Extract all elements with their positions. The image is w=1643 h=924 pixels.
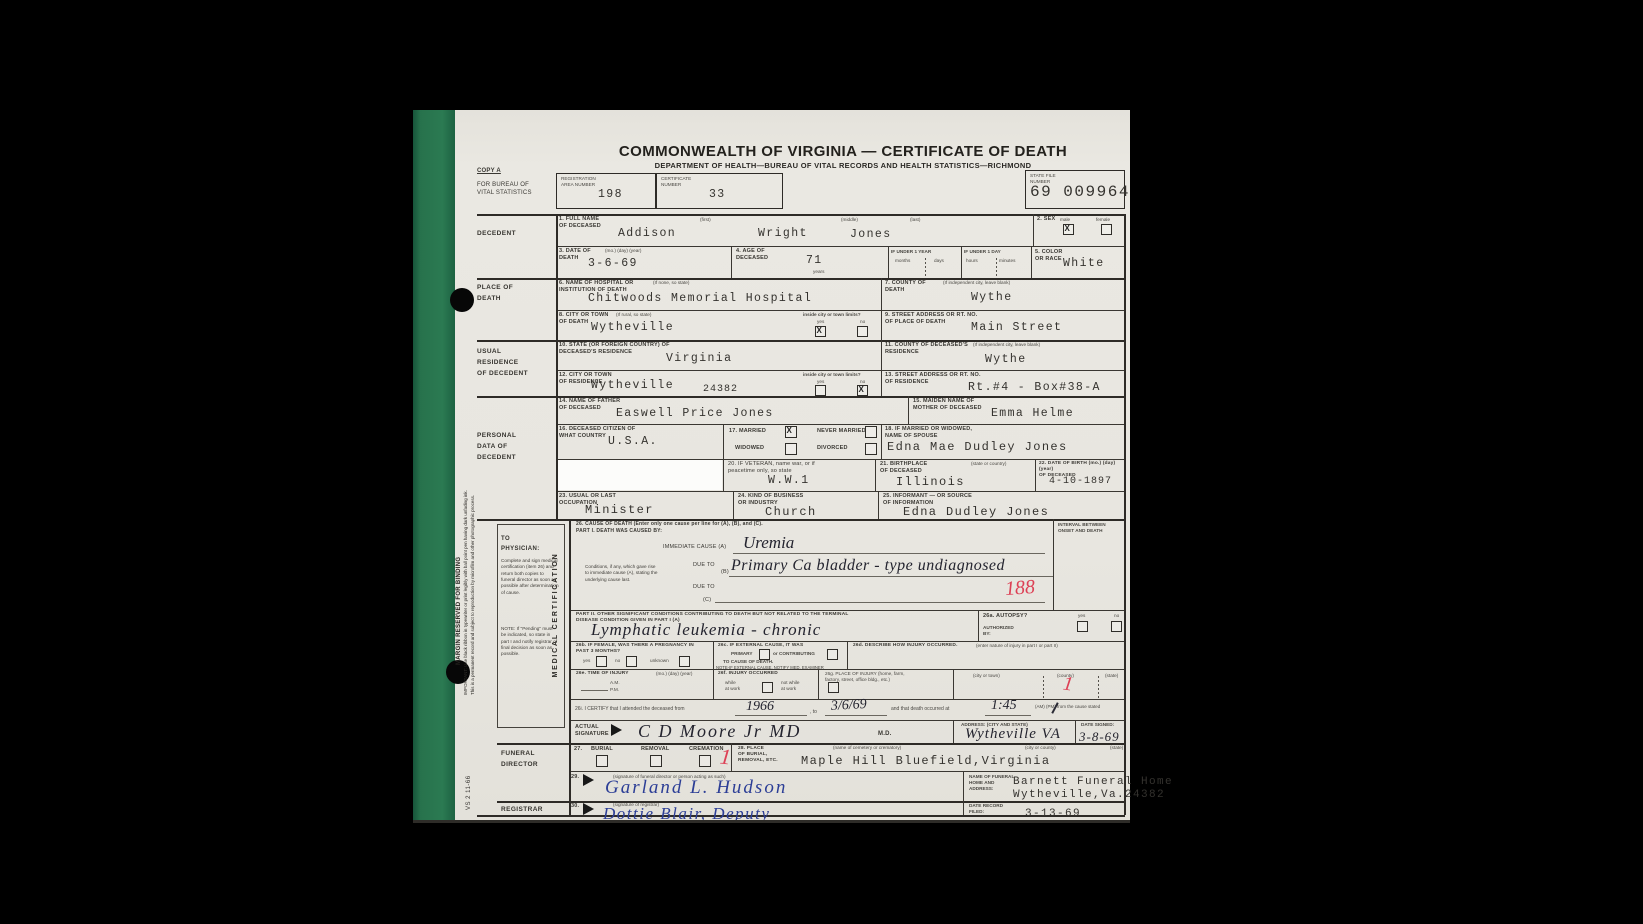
date-of-birth-value: 4-10-1897 (1049, 476, 1112, 487)
address-value: Wytheville VA (965, 727, 1061, 742)
age-years-label: years (813, 269, 824, 275)
race-value: White (1063, 258, 1105, 271)
county-of-death-value: Wythe (971, 292, 1013, 305)
field-18-label: 18. IF MARRIED OR WIDOWED, NAME OF SPOUS… (885, 426, 972, 440)
limits-no-label-res: no (860, 379, 865, 385)
city-of-death-value: Wytheville (591, 322, 674, 335)
field-3-label: 3. DATE OF DEATH (559, 248, 591, 262)
physician-note-box (497, 524, 565, 728)
spouse-name-value: Edna Mae Dudley Jones (887, 441, 1068, 454)
authorized-by-label: AUTHORIZED BY: (983, 625, 1014, 637)
field-21-hint: (state or country) (971, 461, 1006, 467)
residence-street-value: Rt.#4 - Box#38-A (968, 382, 1101, 395)
certify-text-3: and that death occurred at (891, 706, 949, 712)
limits-label-death: inside city or town limits? (803, 312, 861, 318)
last-name-hint: (last) (910, 217, 920, 223)
age-value: 71 (806, 255, 823, 268)
widowed-label: WIDOWED (735, 445, 764, 452)
state-file-value: 69 009964 (1030, 184, 1130, 202)
field-26g-label: 26g. PLACE OF INJURY (home, farm, factor… (825, 671, 905, 683)
copy-label: COPY A (477, 168, 501, 176)
paper-edge-shadow (413, 820, 1130, 823)
autopsy-no-checkbox (1111, 621, 1122, 632)
funeral-home-label: NAME OF FUNERAL HOME AND ADDRESS: (969, 774, 1014, 792)
married-label: 17. MARRIED (729, 428, 766, 435)
birthplace-value: Illinois (896, 476, 965, 489)
registration-area-value: 198 (598, 189, 623, 202)
married-checkbox (785, 426, 797, 438)
under-1-day-label: IF UNDER 1 DAY (964, 249, 1001, 255)
pregnancy-no-label: no (615, 658, 620, 664)
removal-checkbox (650, 755, 662, 767)
signature-arrow-icon (611, 724, 622, 736)
days-label: days (934, 258, 944, 264)
residence-state-value: Virginia (666, 353, 732, 366)
removal-label: REMOVAL (641, 746, 670, 753)
pm-label: P.M. (610, 687, 619, 693)
disposition-red-mark: 1 (719, 745, 732, 768)
to-cause-label: TO CAUSE OF DEATH. (723, 659, 773, 665)
contributing-label: or CONTRIBUTING (773, 651, 815, 657)
first-name-value: Addison (618, 228, 676, 241)
limits-yes-label-res: yes (817, 379, 824, 385)
due-to-1-label: DUE TO (693, 562, 715, 569)
limits-no-label-death: no (860, 319, 865, 325)
am-label: A.M. (610, 680, 620, 686)
city-or-town-hint: (city or town) (973, 673, 1000, 679)
limits-no-checkbox-death (857, 326, 868, 337)
date-of-death-value: 3-6-69 (588, 258, 638, 271)
section-place-of-death: PLACE OF DEATH (477, 282, 513, 304)
field-7-label: 7. COUNTY OF DEATH (885, 280, 926, 294)
important-note: IMPORTANT: Use black ribbon in typewrite… (463, 365, 476, 695)
registration-area-label: REGISTRATION AREA NUMBER (561, 176, 596, 188)
burial-checkbox (596, 755, 608, 767)
field-26e-sub: (mo.) (day) (year) (656, 671, 692, 677)
field-13-label: 13. STREET ADDRESS OR RT. NO. OF RESIDEN… (885, 372, 981, 386)
field-21-label: 21. BIRTHPLACE OF DECEASED (880, 461, 927, 475)
residence-county-value: Wythe (985, 354, 1027, 367)
punch-hole-top (450, 288, 474, 312)
field-9-label: 9. STREET ADDRESS OR RT. NO. OF PLACE OF… (885, 312, 978, 326)
certify-time-value: 1:45 (991, 699, 1017, 713)
field-26d-label: 26d. DESCRIBE HOW INJURY OCCURRED. (853, 643, 958, 649)
informant-value: Edna Dudley Jones (903, 506, 1049, 519)
burial-state-hint: (state) (1110, 745, 1123, 751)
pregnancy-unknown-checkbox (679, 656, 690, 667)
cremation-checkbox (699, 755, 711, 767)
field-7-hint: (If independent city, leave blank) (943, 280, 1010, 286)
field-3-sub: (mo.) (day) (year) (605, 248, 641, 254)
while-at-work-checkbox (762, 682, 773, 693)
business-value: Church (765, 506, 817, 519)
limits-no-checkbox-res (857, 385, 868, 396)
last-name-value: Jones (850, 229, 892, 242)
field-28-label: 28. PLACE OF BURIAL, REMOVAL, ETC. (738, 746, 778, 765)
certificate-subtitle: DEPARTMENT OF HEALTH—BUREAU OF VITAL REC… (563, 162, 1123, 170)
immediate-cause-label: IMMEDIATE CAUSE (A) (663, 544, 726, 551)
field-6-hint: (If none, so state) (653, 280, 689, 286)
never-married-label: NEVER MARRIED (817, 428, 866, 435)
interval-label: INTERVAL BETWEEN ONSET AND DEATH (1058, 522, 1106, 534)
certify-text-1: 26i. I CERTIFY that I attended the decea… (575, 706, 685, 712)
not-while-at-work-checkbox (828, 682, 839, 693)
city-or-county-hint: (city or county) (1025, 745, 1056, 751)
binding-margin-strip (413, 110, 455, 820)
under-1-year-label: IF UNDER 1 YEAR (891, 249, 931, 255)
certify-text-4: (AM) (PM) from the cause stated (1035, 704, 1123, 710)
limits-yes-checkbox-death (815, 326, 826, 337)
md-label: M.D. (878, 731, 891, 739)
due-to-2-label: DUE TO (693, 584, 715, 591)
pregnancy-no-checkbox (626, 656, 637, 667)
date-filed-value: 3-13-69 (1025, 808, 1081, 820)
section-registrar: REGISTRAR (501, 804, 543, 815)
months-label: months (895, 258, 910, 264)
section-personal-data: PERSONAL DATA OF DECEDENT (477, 430, 516, 463)
field-27-num: 27. (574, 746, 582, 753)
certificate-number-label: CERTIFICATE NUMBER (661, 176, 691, 188)
pregnancy-yes-checkbox (596, 656, 607, 667)
divorced-label: DIVORCED (817, 445, 848, 452)
sex-female-label: female (1096, 217, 1110, 223)
cemetery-name-hint: (name of cemetery or crematory) (833, 745, 901, 751)
citizen-value: U.S.A. (608, 436, 658, 449)
field-26f-label: 26f. INJURY OCCURRED (718, 671, 778, 677)
cause-b-value: Primary Ca bladder - type undiagnosed (731, 558, 1005, 574)
field-30-num: 30. (571, 803, 579, 810)
section-usual-residence: USUAL RESIDENCE OF DECEDENT (477, 346, 528, 379)
field-2-label: 2. SEX (1037, 216, 1055, 223)
section-funeral-director: FUNERAL DIRECTOR (501, 748, 538, 770)
limits-yes-label-death: yes (817, 319, 824, 325)
field-8-hint: (If rural, so state) (616, 312, 651, 318)
autopsy-yes-label: yes (1078, 613, 1085, 619)
date-signed-label: DATE SIGNED: (1081, 722, 1114, 728)
burial-place-value: Maple Hill Bluefield,Virginia (801, 755, 1050, 768)
certify-to-value: 3/6/69 (831, 698, 867, 714)
hospital-value: Chitwoods Memorial Hospital (588, 293, 812, 306)
copy-for-label: FOR BUREAU OF VITAL STATISTICS (477, 182, 532, 198)
minutes-label: minutes (999, 258, 1015, 264)
state-hint: (state) (1105, 673, 1118, 679)
residence-zip-value: 24382 (703, 384, 738, 395)
redaction-box (558, 460, 722, 490)
part-2-value: Lymphatic leukemia - chronic (591, 621, 821, 638)
field-1-label: 1. FULL NAME OF DECEASED (559, 216, 601, 230)
never-married-checkbox (865, 426, 877, 438)
field-26e-label: 26e. TIME OF INJURY (576, 671, 629, 677)
field-26d-hint: (enter nature of injury in part I or par… (976, 643, 1058, 649)
field-15-label: 15. MAIDEN NAME OF MOTHER OF DECEASED (913, 398, 982, 412)
mother-name-value: Emma Helme (991, 408, 1074, 421)
sex-male-checkbox (1063, 224, 1074, 235)
street-of-death-value: Main Street (971, 322, 1062, 335)
sex-female-checkbox (1101, 224, 1112, 235)
certify-text-2: , to (810, 709, 817, 715)
funeral-home-address: Wytheville,Va.24382 (1013, 789, 1165, 801)
divorced-checkbox (865, 443, 877, 455)
field-26-head: 26. CAUSE OF DEATH (Enter only one cause… (576, 521, 763, 534)
while-at-work-label: while at work (725, 680, 740, 692)
county-red-mark: 1 (1062, 673, 1075, 694)
autopsy-yes-checkbox (1077, 621, 1088, 632)
certify-from-value: 1966 (746, 700, 774, 714)
field-14-label: 14. NAME OF FATHER OF DECEASED (559, 398, 620, 412)
widowed-checkbox (785, 443, 797, 455)
certificate-number-value: 33 (709, 189, 726, 202)
father-name-value: Easwell Price Jones (616, 408, 774, 421)
pregnancy-unknown-label: unknown (650, 658, 669, 664)
field-10-label: 10. STATE (OR FOREIGN COUNTRY) OF DECEAS… (559, 342, 670, 356)
field-11-label: 11. COUNTY OF DECEASED'S RESIDENCE (885, 342, 968, 356)
autopsy-no-label: no (1114, 613, 1119, 619)
veteran-value: W.W.1 (768, 475, 810, 488)
field-4-label: 4. AGE OF DECEASED (736, 248, 768, 262)
cause-c-tag: (C) (703, 597, 711, 604)
hours-label: hours (966, 258, 978, 264)
funeral-director-arrow-icon (583, 774, 594, 786)
binding-margin-label: MARGIN RESERVED FOR BINDING (456, 475, 463, 665)
conditions-note: Conditions, if any, which gave rise to i… (585, 564, 665, 583)
date-signed-value: 3-8-69 (1079, 730, 1120, 743)
primary-label: PRIMARY (731, 651, 752, 657)
pregnancy-yes-label: yes (583, 658, 590, 664)
notify-examiner-note: NOTE-IF EXTERNAL CAUSE, NOTIFY MED. EXAM… (716, 665, 824, 671)
first-name-hint: (first) (700, 217, 711, 223)
residence-city-value: Wytheville (591, 380, 674, 393)
section-decedent: DECEDENT (477, 228, 516, 239)
actual-signature-label: ACTUAL SIGNATURE (575, 724, 609, 738)
limits-yes-checkbox-res (815, 385, 826, 396)
cause-a-value: Uremia (743, 534, 794, 551)
cause-code-annotation: 188 (1004, 577, 1035, 599)
field-11-hint: (If independent city, leave blank) (973, 342, 1040, 348)
field-29-num: 29. (571, 774, 579, 781)
field-26a-label: 26a. AUTOPSY? (983, 613, 1027, 620)
sex-male-label: male (1060, 217, 1070, 223)
certificate-title: COMMONWEALTH OF VIRGINIA — CERTIFICATE O… (563, 144, 1123, 161)
registrar-arrow-icon (583, 803, 594, 815)
death-certificate-scan: MARGIN RESERVED FOR BINDING IMPORTANT: U… (413, 110, 1130, 820)
occupation-value: Minister (585, 504, 654, 517)
form-number: VS 2 11-66 (466, 740, 472, 810)
field-5-label: 5. COLOR OR RACE (1035, 249, 1063, 263)
funeral-director-signature: Garland L. Hudson (605, 778, 787, 797)
cause-b-tag: (B) (721, 569, 729, 576)
not-while-at-work-label: not while at work (781, 680, 800, 692)
burial-label: BURIAL (591, 746, 613, 753)
cremation-label: CREMATION (689, 746, 724, 753)
middle-name-hint: (middle) (841, 217, 858, 223)
contributing-checkbox (827, 649, 838, 660)
middle-name-value: Wright (758, 228, 808, 241)
limits-label-res: inside city or town limits? (803, 372, 861, 378)
funeral-home-name: Barnett Funeral Home (1013, 776, 1173, 788)
physician-signature: C D Moore Jr MD (638, 722, 801, 740)
date-filed-label: DATE RECORD FILED: (969, 803, 1003, 815)
field-26b-label: 26b. IF FEMALE, WAS THERE A PREGNANCY IN… (576, 643, 694, 655)
